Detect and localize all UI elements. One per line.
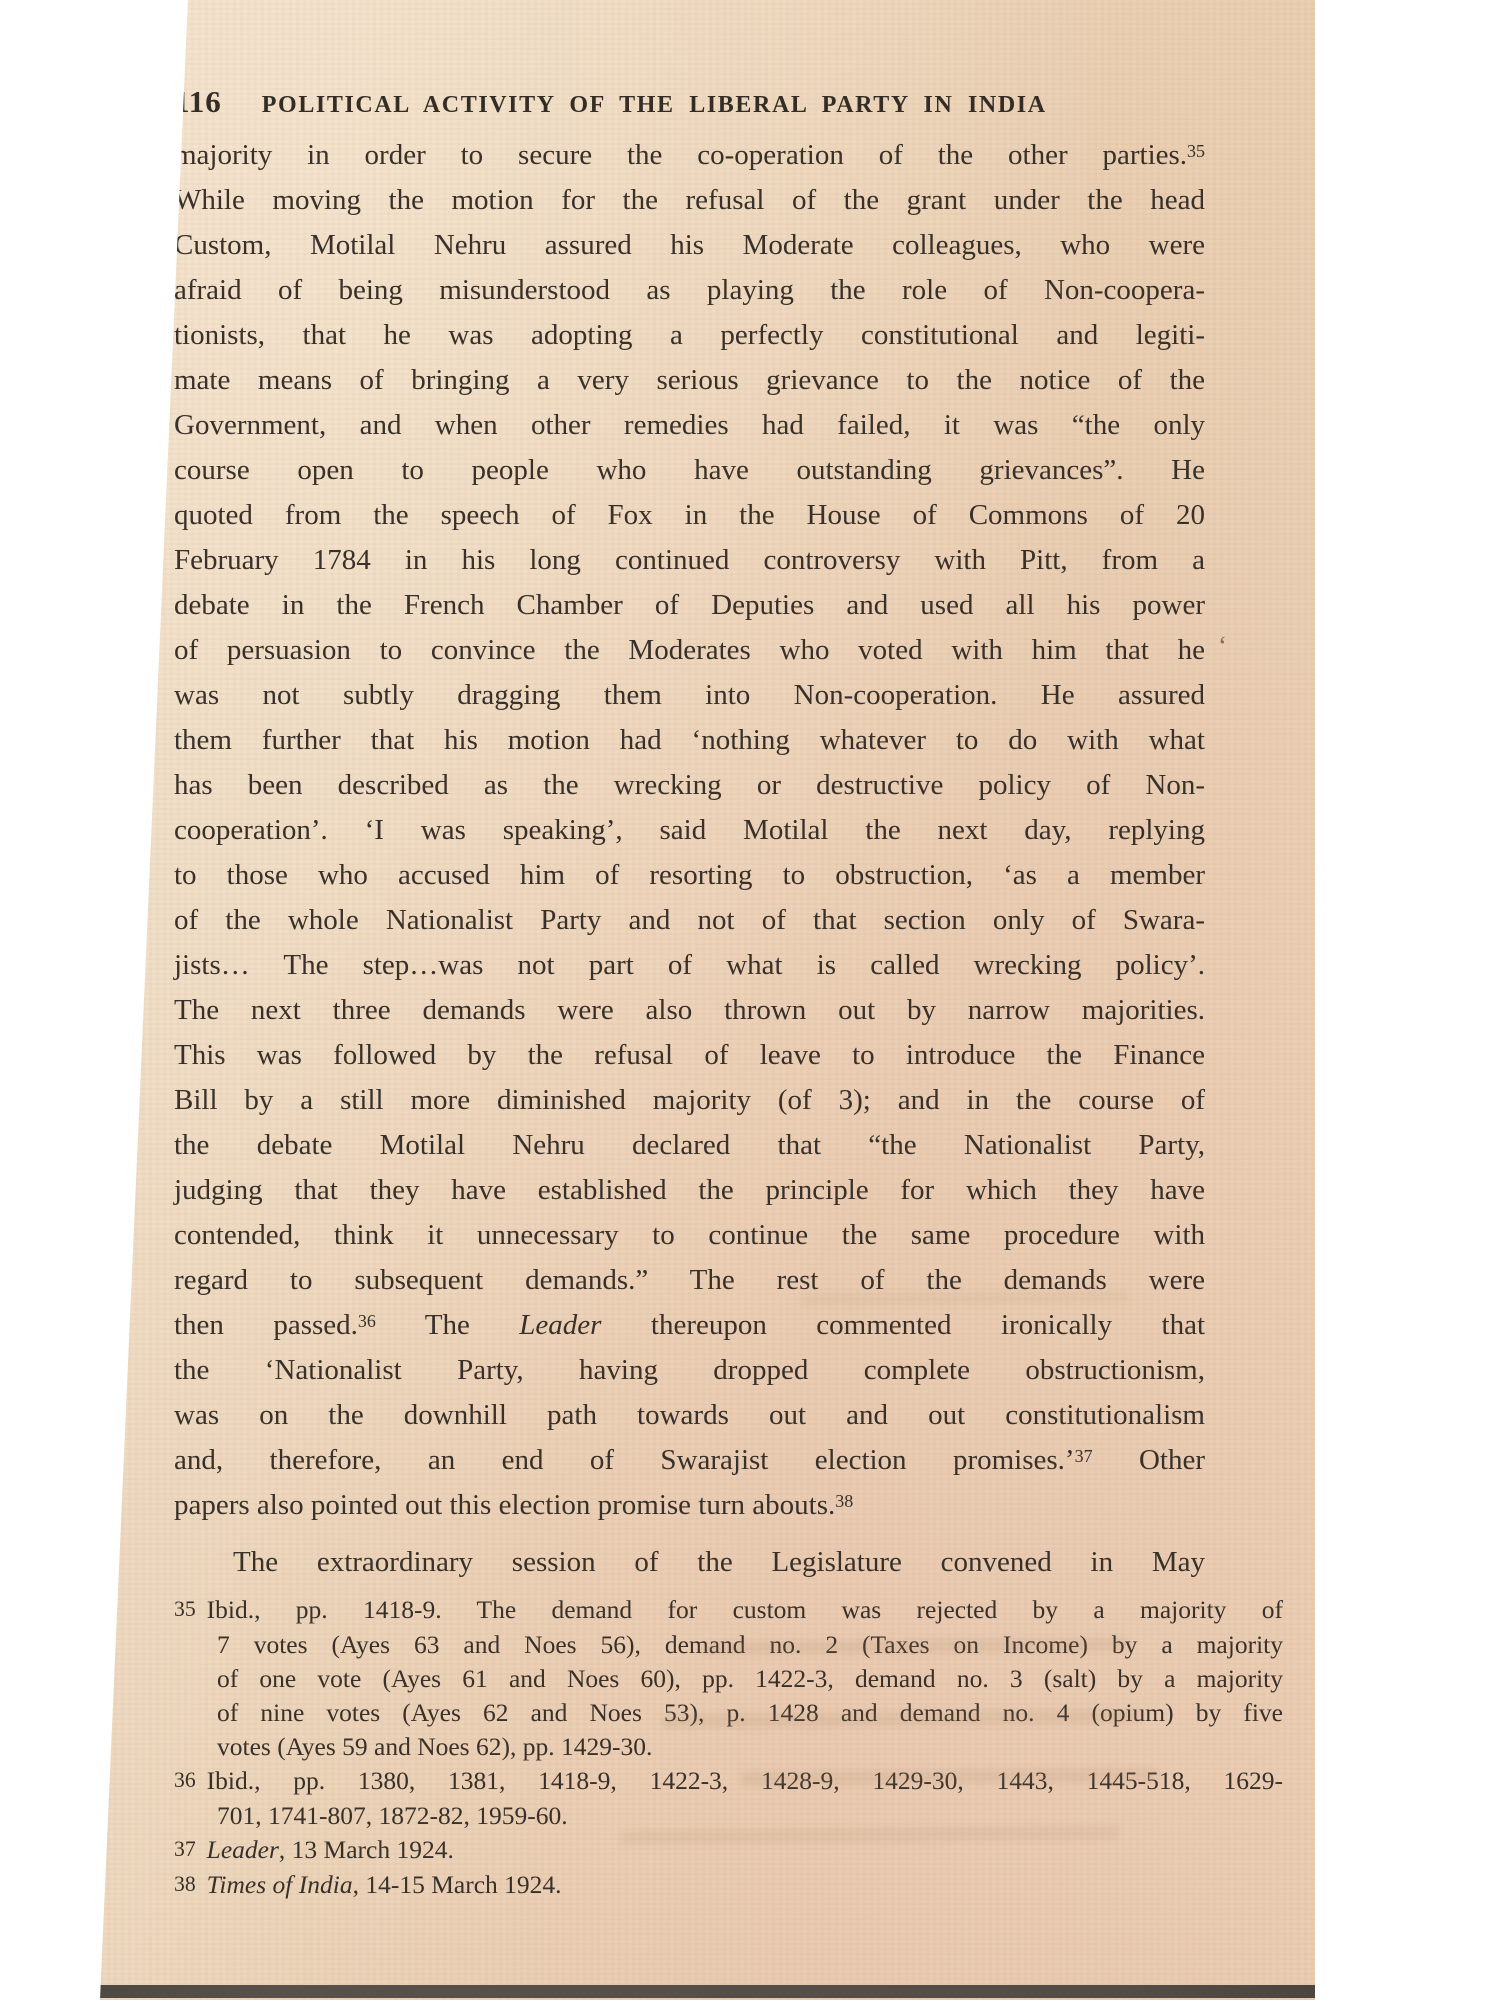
- text-segment: cooperation’. ‘I was speaking’, said Mot…: [174, 814, 1205, 846]
- footnote-ref: 36: [358, 1311, 376, 1331]
- body-line: afraid of being misunderstood as playing…: [174, 268, 1205, 313]
- text-segment: course open to people who have outstandi…: [174, 454, 1205, 486]
- text-segment: afraid of being misunderstood as playing…: [174, 274, 1205, 306]
- footnote-number: 37: [174, 1837, 196, 1861]
- text-segment: has been described as the wrecking or de…: [174, 769, 1205, 801]
- text-segment: the debate Motilal Nehru declared that “…: [174, 1129, 1205, 1161]
- text-segment: quoted from the speech of Fox in the Hou…: [174, 499, 1205, 531]
- body-line: was not subtly dragging them into Non-co…: [174, 673, 1205, 718]
- text-segment: was on the downhill path towards out and…: [174, 1399, 1205, 1431]
- body-line: to those who accused him of resorting to…: [174, 853, 1205, 898]
- text-segment: This was followed by the refusal of leav…: [174, 1039, 1205, 1071]
- text-segment: then passed.: [174, 1309, 358, 1341]
- body-line: of the whole Nationalist Party and not o…: [174, 898, 1205, 943]
- footnote-ref: 35: [1187, 141, 1205, 161]
- text-segment: , 14-15 March 1924.: [353, 1870, 562, 1899]
- text-segment: majority in order to secure the co-opera…: [174, 139, 1187, 171]
- footnote-ref: 37: [1075, 1446, 1093, 1466]
- body-line: was on the downhill path towards out and…: [174, 1393, 1205, 1438]
- footnote-line: of one vote (Ayes 61 and Noes 60), pp. 1…: [174, 1662, 1283, 1696]
- text-segment: of one vote (Ayes 61 and Noes 60), pp. 1…: [217, 1664, 1283, 1693]
- body-line: February 1784 in his long continued cont…: [174, 538, 1205, 583]
- body-line: debate in the French Chamber of Deputies…: [174, 583, 1205, 628]
- text-segment: 701, 1741-807, 1872-82, 1959-60.: [217, 1801, 568, 1830]
- text-segment: The next three demands were also thrown …: [174, 994, 1205, 1026]
- body-line: them further that his motion had ‘nothin…: [174, 718, 1205, 763]
- text-segment: contended, think it unnecessary to conti…: [174, 1219, 1205, 1251]
- footnote-line: 7 votes (Ayes 63 and Noes 56), demand no…: [174, 1628, 1283, 1662]
- text-segment: February 1784 in his long continued cont…: [174, 544, 1205, 576]
- footnote-number: 35: [174, 1597, 196, 1621]
- body-line: Government, and when other remedies had …: [174, 403, 1205, 448]
- running-header: POLITICAL ACTIVITY OF THE LIBERAL PARTY …: [262, 92, 1047, 118]
- body-line: and, therefore, an end of Swarajist elec…: [174, 1438, 1205, 1483]
- text-segment: Leader: [519, 1309, 601, 1341]
- body-line: The next three demands were also thrown …: [174, 988, 1205, 1033]
- body-text: majority in order to secure the co-opera…: [174, 133, 1205, 1528]
- footnote-number: 36: [174, 1768, 196, 1792]
- text-segment: , 13 March 1924.: [279, 1835, 454, 1864]
- text-segment: papers also pointed out this election pr…: [174, 1489, 835, 1521]
- running-header-row: 116POLITICAL ACTIVITY OF THE LIBERAL PAR…: [174, 84, 1205, 120]
- body-line: papers also pointed out this election pr…: [174, 1483, 1205, 1528]
- text-segment: of nine votes (Ayes 62 and Noes 53), p. …: [217, 1698, 1283, 1727]
- footnote-line: 38Times of India, 14-15 March 1924.: [174, 1868, 1283, 1903]
- footnote-number: 38: [174, 1872, 196, 1896]
- footnote-line: of nine votes (Ayes 62 and Noes 53), p. …: [174, 1696, 1283, 1730]
- text-segment: Ibid., pp. 1380, 1381, 1418-9, 1422-3, 1…: [207, 1766, 1283, 1795]
- body-line: regard to subsequent demands.” The rest …: [174, 1258, 1205, 1303]
- body-line: tionists, that he was adopting a perfect…: [174, 313, 1205, 358]
- text-segment: While moving the motion for the refusal …: [174, 184, 1205, 216]
- body-line: the ‘Nationalist Party, having dropped c…: [174, 1348, 1205, 1393]
- body-line: Custom, Motilal Nehru assured his Modera…: [174, 223, 1205, 268]
- text-segment: the ‘Nationalist Party, having dropped c…: [174, 1354, 1205, 1386]
- body-line: has been described as the wrecking or de…: [174, 763, 1205, 808]
- body-line: the debate Motilal Nehru declared that “…: [174, 1123, 1205, 1168]
- text-segment: of the whole Nationalist Party and not o…: [174, 904, 1205, 936]
- body-line: This was followed by the refusal of leav…: [174, 1033, 1205, 1078]
- text-segment: Government, and when other remedies had …: [174, 409, 1205, 441]
- text-segment: Bill by a still more diminished majority…: [174, 1084, 1205, 1116]
- footnote-line: 37Leader, 13 March 1924.: [174, 1833, 1283, 1868]
- text-segment: Other: [1093, 1444, 1205, 1476]
- text-segment: votes (Ayes 59 and Noes 62), pp. 1429-30…: [217, 1732, 652, 1761]
- body-line: course open to people who have outstandi…: [174, 448, 1205, 493]
- text-segment: Ibid., pp. 1418-9. The demand for custom…: [207, 1595, 1283, 1624]
- stray-mark: ‘: [1218, 624, 1227, 669]
- text-segment: and, therefore, an end of Swarajist elec…: [174, 1444, 1075, 1476]
- footnote-line: 36Ibid., pp. 1380, 1381, 1418-9, 1422-3,…: [174, 1764, 1283, 1799]
- text-segment: debate in the French Chamber of Deputies…: [174, 589, 1205, 621]
- book-page: 116POLITICAL ACTIVITY OF THE LIBERAL PAR…: [100, 0, 1315, 2000]
- body-line: Bill by a still more diminished majority…: [174, 1078, 1205, 1123]
- body-line: While moving the motion for the refusal …: [174, 178, 1205, 223]
- page-bottom-edge: [100, 1985, 1315, 1998]
- text-segment: Leader: [207, 1835, 279, 1864]
- text-segment: to those who accused him of resorting to…: [174, 859, 1205, 891]
- text-segment: them further that his motion had ‘nothin…: [174, 724, 1205, 756]
- body-line: jists… The step…was not part of what is …: [174, 943, 1205, 988]
- body-line: majority in order to secure the co-opera…: [174, 133, 1205, 178]
- text-segment: was not subtly dragging them into Non-co…: [174, 679, 1205, 711]
- text-segment: The: [376, 1309, 519, 1341]
- text-segment: tionists, that he was adopting a perfect…: [174, 319, 1205, 351]
- body-line: of persuasion to convince the Moderates …: [174, 628, 1205, 673]
- body-line: cooperation’. ‘I was speaking’, said Mot…: [174, 808, 1205, 853]
- text-segment: 7 votes (Ayes 63 and Noes 56), demand no…: [217, 1630, 1283, 1659]
- body-line: quoted from the speech of Fox in the Hou…: [174, 493, 1205, 538]
- scan-background: { "page": { "number": "116", "running_he…: [0, 0, 1500, 2000]
- text-segment: thereupon commented ironically that: [601, 1309, 1205, 1341]
- body-line: judging that they have established the p…: [174, 1168, 1205, 1213]
- text-segment: jists… The step…was not part of what is …: [174, 949, 1205, 981]
- page-number: 116: [174, 84, 222, 119]
- body-line: contended, think it unnecessary to conti…: [174, 1213, 1205, 1258]
- footnote-line: votes (Ayes 59 and Noes 62), pp. 1429-30…: [174, 1730, 1283, 1764]
- footnote-line: 35Ibid., pp. 1418-9. The demand for cust…: [174, 1593, 1283, 1628]
- footnote-ref: 38: [835, 1491, 853, 1511]
- footnote-line: 701, 1741-807, 1872-82, 1959-60.: [174, 1799, 1283, 1833]
- text-segment: Times of India: [207, 1870, 353, 1899]
- paragraph-opening-line: The extraordinary session of the Legisla…: [174, 1540, 1205, 1585]
- text-segment: mate means of bringing a very serious gr…: [174, 364, 1205, 396]
- text-segment: Custom, Motilal Nehru assured his Modera…: [174, 229, 1205, 261]
- text-segment: of persuasion to convince the Moderates …: [174, 634, 1205, 666]
- body-line: then passed.36 The Leader thereupon comm…: [174, 1303, 1205, 1348]
- text-segment: regard to subsequent demands.” The rest …: [174, 1264, 1205, 1296]
- text-segment: judging that they have established the p…: [174, 1174, 1205, 1206]
- footnotes-block: 35Ibid., pp. 1418-9. The demand for cust…: [174, 1593, 1283, 1903]
- body-line: mate means of bringing a very serious gr…: [174, 358, 1205, 403]
